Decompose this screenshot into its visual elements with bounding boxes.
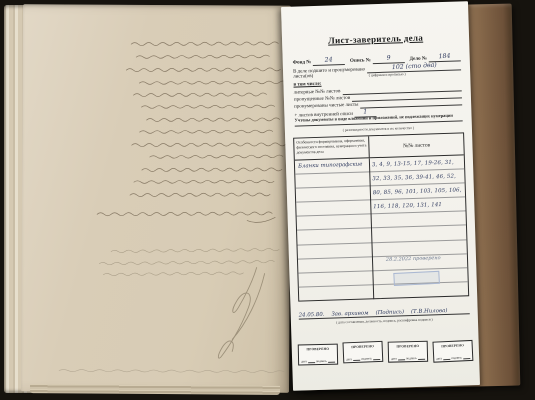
table-row1-sheet-numbers: 3, 4, 9, 13-15, 17, 19-26, 31, 32, 33, 3…	[372, 155, 464, 214]
stamp-title: ПРОВЕРЕНО	[391, 343, 425, 348]
signature-flourish	[218, 267, 264, 358]
fond-value: 24	[325, 57, 333, 64]
table-body: Бланки типографские 3, 4, 9, 13-15, 17, …	[295, 155, 468, 301]
verification-stamp: ПРОВЕРЕНО дата подпись	[298, 344, 338, 366]
left-manuscript-page	[21, 4, 291, 392]
form-title: Лист-заверитель дела	[282, 31, 469, 47]
stamp-sign-label: подпись	[406, 356, 417, 360]
litera-label: литерные №№ листов	[294, 89, 341, 96]
stamp-date-label: дата	[436, 356, 442, 360]
stamp-fields: дата подпись	[346, 355, 380, 360]
stamp-fields: дата подпись	[436, 355, 470, 361]
certification-sheet-form: Лист-заверитель дела Фонд № 24 Опись № 9…	[281, 1, 480, 391]
stamp-sign-label: подпись	[316, 358, 327, 362]
signature-position: Зав. архивом	[331, 310, 368, 317]
stamp-sign-blank	[418, 358, 425, 359]
stamp-fields: дата подпись	[391, 355, 425, 360]
signature-name: (Т.В.Нилова)	[411, 308, 448, 315]
fond-label: Фонд №	[293, 60, 312, 66]
stamp-date-label: дата	[301, 359, 307, 363]
stamp-date-blank	[308, 362, 315, 363]
stamp-date-label: дата	[391, 356, 397, 360]
stamp-title: ПРОВЕРЕНО	[346, 343, 380, 348]
opis-label: Опись №	[350, 59, 371, 65]
including-label: в том числе:	[293, 82, 321, 88]
stamp-fields: дата подпись	[301, 358, 335, 363]
stamp-date-blank	[353, 359, 360, 360]
bottom-page-edges	[30, 384, 280, 395]
stamp-sign-blank	[328, 361, 335, 362]
missed-label: пропущенные №№ листов	[294, 96, 350, 103]
stamp-date-label: дата	[346, 357, 352, 361]
stamp-sign-label: подпись	[451, 355, 462, 359]
verification-stamps-row: ПРОВЕРЕНО дата подпись ПРОВЕРЕНО дата по…	[298, 339, 474, 365]
opis-value: 9	[387, 56, 391, 63]
stamp-date-blank	[443, 358, 450, 359]
stamp-date-blank	[398, 359, 405, 360]
signature-mark: (Подпись)	[375, 309, 404, 316]
stamp-title: ПРОВЕРЕНО	[301, 346, 335, 351]
fond-field: 24	[313, 57, 345, 66]
stamp-sign-blank	[373, 358, 380, 359]
verification-stamp: ПРОВЕРЕНО дата подпись	[388, 341, 429, 363]
features-table: Особенности формирования, оформления, фи…	[293, 132, 469, 301]
verification-stamp: ПРОВЕРЕНО дата подпись	[342, 341, 383, 364]
table-col2-header: №№ листов	[368, 133, 463, 157]
table-col1-header: Особенности формирования, оформления, фи…	[294, 136, 369, 159]
stamp-title: ПРОВЕРЕНО	[436, 343, 470, 349]
archival-book-photo: Лист-заверитель дела Фонд № 24 Опись № 9…	[0, 0, 535, 400]
stamp-sign-blank	[463, 358, 470, 359]
sheets-suffix: листа(ов)	[293, 74, 313, 80]
handwritten-cursive-lines	[21, 4, 291, 392]
faded-blue-stamp	[393, 271, 440, 286]
delo-value: 184	[439, 54, 451, 61]
verification-stamp: ПРОВЕРЕНО дата подпись	[432, 340, 473, 363]
stamp-sign-label: подпись	[361, 356, 372, 360]
faint-bottom-line	[59, 369, 284, 372]
signature-date: 24.05.80.	[299, 312, 325, 319]
